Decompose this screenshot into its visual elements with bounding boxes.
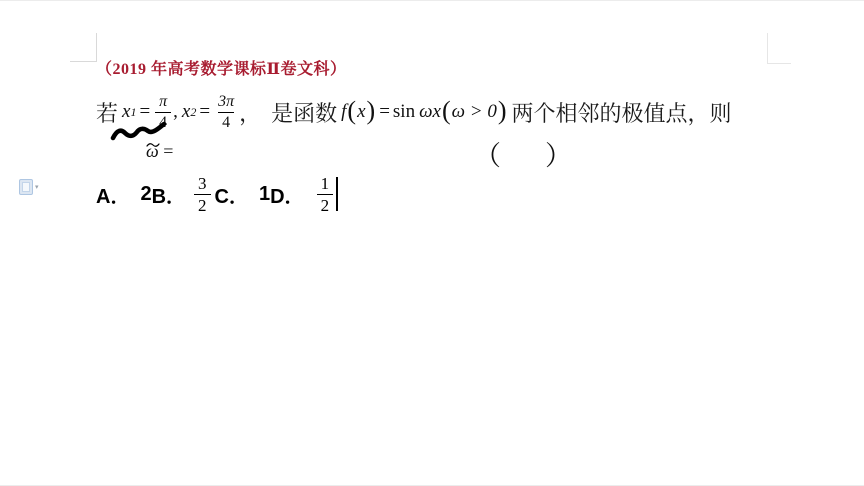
text-boundary-mark-right [767,33,768,63]
sin-operator: sin [393,101,415,123]
fraction-3pi-over-4: 3π 4 [215,94,237,131]
equals-sign: = [136,101,153,123]
answer-blank-parens: （ ） [474,134,572,173]
equals-sign: = [196,101,213,123]
text-boundary-mark-left [70,61,97,62]
options-line: A． 2 B． 3 2 C． 1 D． 1 2 [96,172,338,216]
question-tail-text: 两个相邻的极值点，则 [512,97,732,128]
question-mid-text: 是函数 [271,97,337,128]
text-boundary-mark-left [96,33,97,61]
clipboard-icon [19,179,33,195]
var-f: f [341,101,346,123]
option-d-label: D． [270,180,304,209]
question-line-2: ω = （ ） [96,138,806,168]
paste-options-button[interactable]: ▾ [18,178,44,196]
math-function-expression: f (x) = sin ωx (ω > 0) [341,101,507,123]
window-top-edge [0,0,864,1]
option-d-fraction: 1 2 [317,175,334,214]
var-x: x [357,101,365,123]
equals-sign: = [376,101,393,123]
option-c-value: 1 [259,183,270,206]
separator-comma: , [173,101,178,123]
var-omega-x: ωx [419,101,441,123]
option-b-label: B． [152,180,186,209]
var-x2: x [182,101,190,123]
option-b-fraction: 3 2 [194,175,211,214]
word-document-page: ▾ （2019 年高考数学课标Ⅱ卷文科） 若 x1 = π 4 , x2 = 3… [0,0,864,486]
text-cursor [336,177,338,211]
exam-source-caption: （2019 年高考数学课标Ⅱ卷文科） [96,60,806,80]
fullwidth-comma: ， [239,97,261,128]
condition-omega-gt-0: ω > 0 [452,101,497,123]
var-x1: x [122,101,130,123]
option-a-label: A． [96,180,130,209]
squiggle-annotation-mark [110,121,168,151]
question-line-1: 若 x1 = π 4 , x2 = 3π 4 ， 是函数 f (x) [96,84,806,140]
close-paren: ） [545,134,572,173]
chevron-down-icon: ▾ [35,182,39,192]
option-a-value: 2 [140,183,151,206]
open-paren: （ [474,134,501,173]
document-text-area[interactable]: （2019 年高考数学课标Ⅱ卷文科） 若 x1 = π 4 , x2 = 3π … [96,60,806,80]
option-c-label: C． [215,180,249,209]
document-glyph [22,182,30,192]
